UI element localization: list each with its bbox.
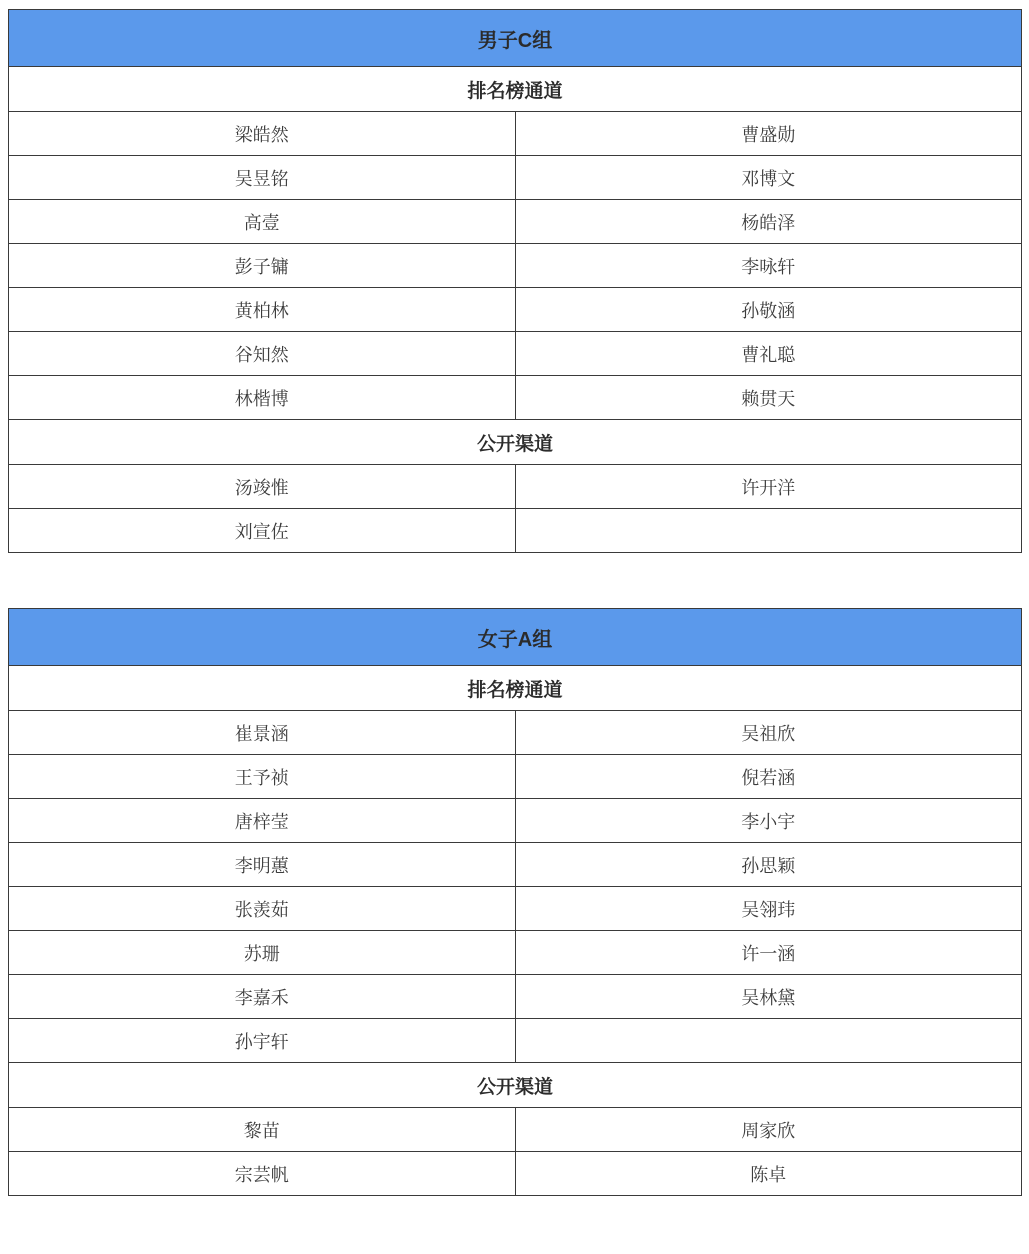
section-title: 公开渠道: [9, 420, 1022, 465]
group-title: 女子A组: [9, 609, 1022, 666]
participant-name: 孙宇轩: [9, 1019, 516, 1063]
roster-page: 男子C组排名榜通道梁皓然曹盛勋吴昱铭邓博文高壹杨皓泽彭子镛李咏轩黄柏林孙敬涵谷知…: [0, 0, 1029, 1196]
group-table-women-a: 女子A组排名榜通道崔景涵吴祖欣王予祯倪若涵唐梓莹李小宇李明蕙孙思颖张羡茹吴翎玮苏…: [8, 608, 1022, 1196]
participant-name: 崔景涵: [9, 711, 516, 755]
participant-name: 周家欣: [515, 1108, 1022, 1152]
name-row: 高壹杨皓泽: [9, 200, 1022, 244]
name-row: 张羡茹吴翎玮: [9, 887, 1022, 931]
section-title: 排名榜通道: [9, 666, 1022, 711]
participant-name: 孙敬涵: [515, 288, 1022, 332]
participant-name: 邓博文: [515, 156, 1022, 200]
name-row: 彭子镛李咏轩: [9, 244, 1022, 288]
participant-name: 许开洋: [515, 465, 1022, 509]
name-row: 梁皓然曹盛勋: [9, 112, 1022, 156]
participant-name: 吴翎玮: [515, 887, 1022, 931]
participant-name: 李嘉禾: [9, 975, 516, 1019]
participant-name: 吴祖欣: [515, 711, 1022, 755]
name-row: 李明蕙孙思颖: [9, 843, 1022, 887]
participant-name: 赖贯天: [515, 376, 1022, 420]
participant-name: 李小宇: [515, 799, 1022, 843]
participant-name: 曹礼聪: [515, 332, 1022, 376]
participant-name: 吴昱铭: [9, 156, 516, 200]
section-header-row: 排名榜通道: [9, 67, 1022, 112]
participant-name: 李咏轩: [515, 244, 1022, 288]
group-table-men-c: 男子C组排名榜通道梁皓然曹盛勋吴昱铭邓博文高壹杨皓泽彭子镛李咏轩黄柏林孙敬涵谷知…: [8, 9, 1022, 553]
participant-name: 黄柏林: [9, 288, 516, 332]
name-row: 林楷博赖贯天: [9, 376, 1022, 420]
section-header-row: 公开渠道: [9, 420, 1022, 465]
group-header-row: 女子A组: [9, 609, 1022, 666]
group-header-row: 男子C组: [9, 10, 1022, 67]
name-row: 刘宣佐: [9, 509, 1022, 553]
name-row: 崔景涵吴祖欣: [9, 711, 1022, 755]
participant-name: 许一涵: [515, 931, 1022, 975]
participant-name: 黎苗: [9, 1108, 516, 1152]
participant-name: 宗芸帆: [9, 1152, 516, 1196]
participant-name: 孙思颖: [515, 843, 1022, 887]
participant-name: 谷知然: [9, 332, 516, 376]
section-title: 排名榜通道: [9, 67, 1022, 112]
participant-name: 杨皓泽: [515, 200, 1022, 244]
section-title: 公开渠道: [9, 1063, 1022, 1108]
name-row: 汤竣惟许开洋: [9, 465, 1022, 509]
participant-name: 高壹: [9, 200, 516, 244]
name-row: 唐梓莹李小宇: [9, 799, 1022, 843]
name-row: 谷知然曹礼聪: [9, 332, 1022, 376]
name-row: 黄柏林孙敬涵: [9, 288, 1022, 332]
participant-name: 汤竣惟: [9, 465, 516, 509]
empty-cell: [515, 1019, 1022, 1063]
participant-name: 张羡茹: [9, 887, 516, 931]
name-row: 黎苗周家欣: [9, 1108, 1022, 1152]
section-header-row: 排名榜通道: [9, 666, 1022, 711]
participant-name: 彭子镛: [9, 244, 516, 288]
name-row: 宗芸帆陈卓: [9, 1152, 1022, 1196]
participant-name: 唐梓莹: [9, 799, 516, 843]
participant-name: 曹盛勋: [515, 112, 1022, 156]
participant-name: 王予祯: [9, 755, 516, 799]
participant-name: 苏珊: [9, 931, 516, 975]
name-row: 王予祯倪若涵: [9, 755, 1022, 799]
participant-name: 林楷博: [9, 376, 516, 420]
name-row: 吴昱铭邓博文: [9, 156, 1022, 200]
participant-name: 吴林黛: [515, 975, 1022, 1019]
participant-name: 陈卓: [515, 1152, 1022, 1196]
name-row: 孙宇轩: [9, 1019, 1022, 1063]
group-title: 男子C组: [9, 10, 1022, 67]
participant-name: 李明蕙: [9, 843, 516, 887]
empty-cell: [515, 509, 1022, 553]
name-row: 苏珊许一涵: [9, 931, 1022, 975]
section-header-row: 公开渠道: [9, 1063, 1022, 1108]
participant-name: 刘宣佐: [9, 509, 516, 553]
name-row: 李嘉禾吴林黛: [9, 975, 1022, 1019]
participant-name: 梁皓然: [9, 112, 516, 156]
participant-name: 倪若涵: [515, 755, 1022, 799]
